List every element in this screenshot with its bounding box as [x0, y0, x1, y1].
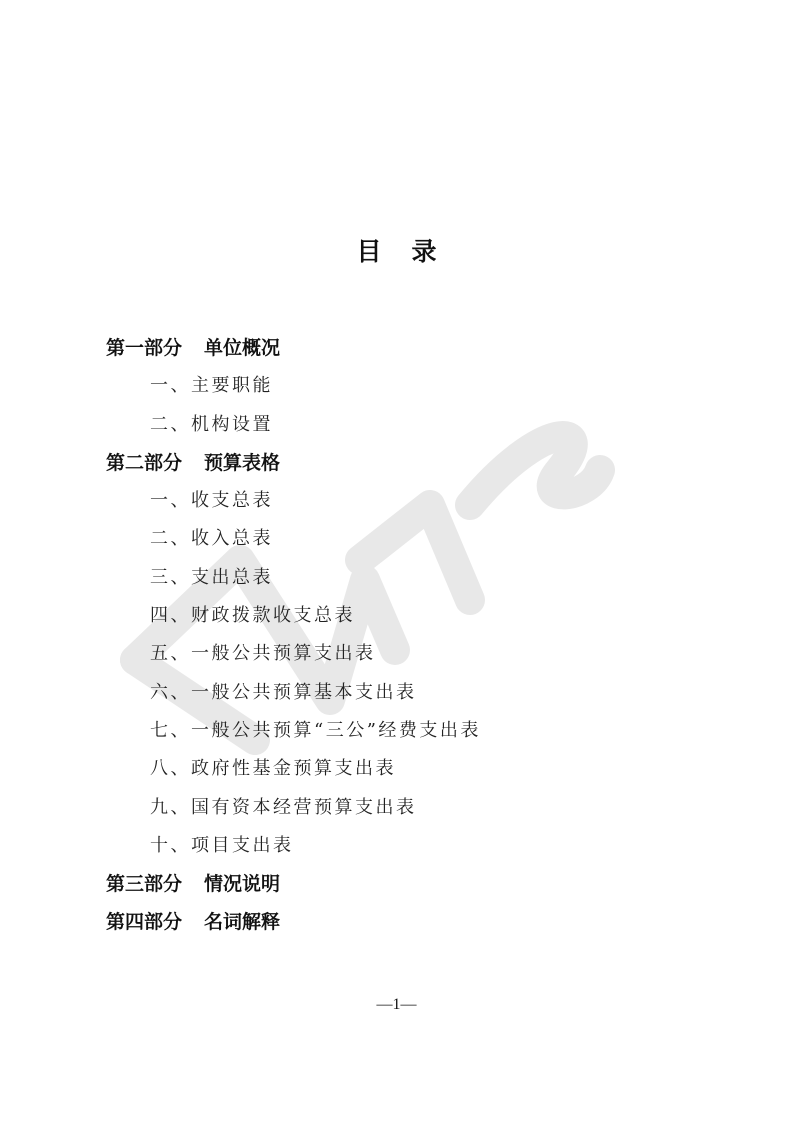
page-title: 目录 — [0, 232, 793, 268]
part-label: 情况说明 — [204, 873, 280, 895]
title-char-2: 录 — [412, 237, 437, 266]
part-number: 第四部分 — [106, 911, 182, 933]
part-number: 第一部分 — [106, 337, 182, 359]
toc-part-4[interactable]: 第四部分名词解释 — [106, 907, 481, 945]
toc-item[interactable]: 二、机构设置 — [106, 410, 481, 448]
part-label: 单位概况 — [204, 337, 280, 359]
title-char-1: 目 — [356, 237, 381, 266]
toc-part-2[interactable]: 第二部分预算表格 — [106, 448, 481, 486]
toc-item[interactable]: 十、项目支出表 — [106, 831, 481, 869]
toc-item[interactable]: 九、国有资本经营预算支出表 — [106, 793, 481, 831]
toc-item[interactable]: 三、支出总表 — [106, 563, 481, 601]
toc-item[interactable]: 六、一般公共预算基本支出表 — [106, 678, 481, 716]
toc-item[interactable]: 八、政府性基金预算支出表 — [106, 754, 481, 792]
table-of-contents: 第一部分单位概况 一、主要职能 二、机构设置 第二部分预算表格 一、收支总表 二… — [106, 333, 481, 946]
toc-part-1[interactable]: 第一部分单位概况 — [106, 333, 481, 371]
toc-item[interactable]: 二、收入总表 — [106, 524, 481, 562]
toc-part-3[interactable]: 第三部分情况说明 — [106, 869, 481, 907]
toc-item[interactable]: 五、一般公共预算支出表 — [106, 639, 481, 677]
document-page: 目录 第一部分单位概况 一、主要职能 二、机构设置 第二部分预算表格 一、收支总… — [0, 0, 793, 1122]
page-number: —1— — [0, 996, 793, 1014]
toc-item[interactable]: 一、主要职能 — [106, 371, 481, 409]
part-number: 第三部分 — [106, 873, 182, 895]
part-number: 第二部分 — [106, 452, 182, 474]
toc-item[interactable]: 七、一般公共预算“三公”经费支出表 — [106, 716, 481, 754]
part-label: 预算表格 — [204, 452, 280, 474]
part-label: 名词解释 — [204, 911, 280, 933]
toc-item[interactable]: 四、财政拨款收支总表 — [106, 601, 481, 639]
toc-item[interactable]: 一、收支总表 — [106, 486, 481, 524]
